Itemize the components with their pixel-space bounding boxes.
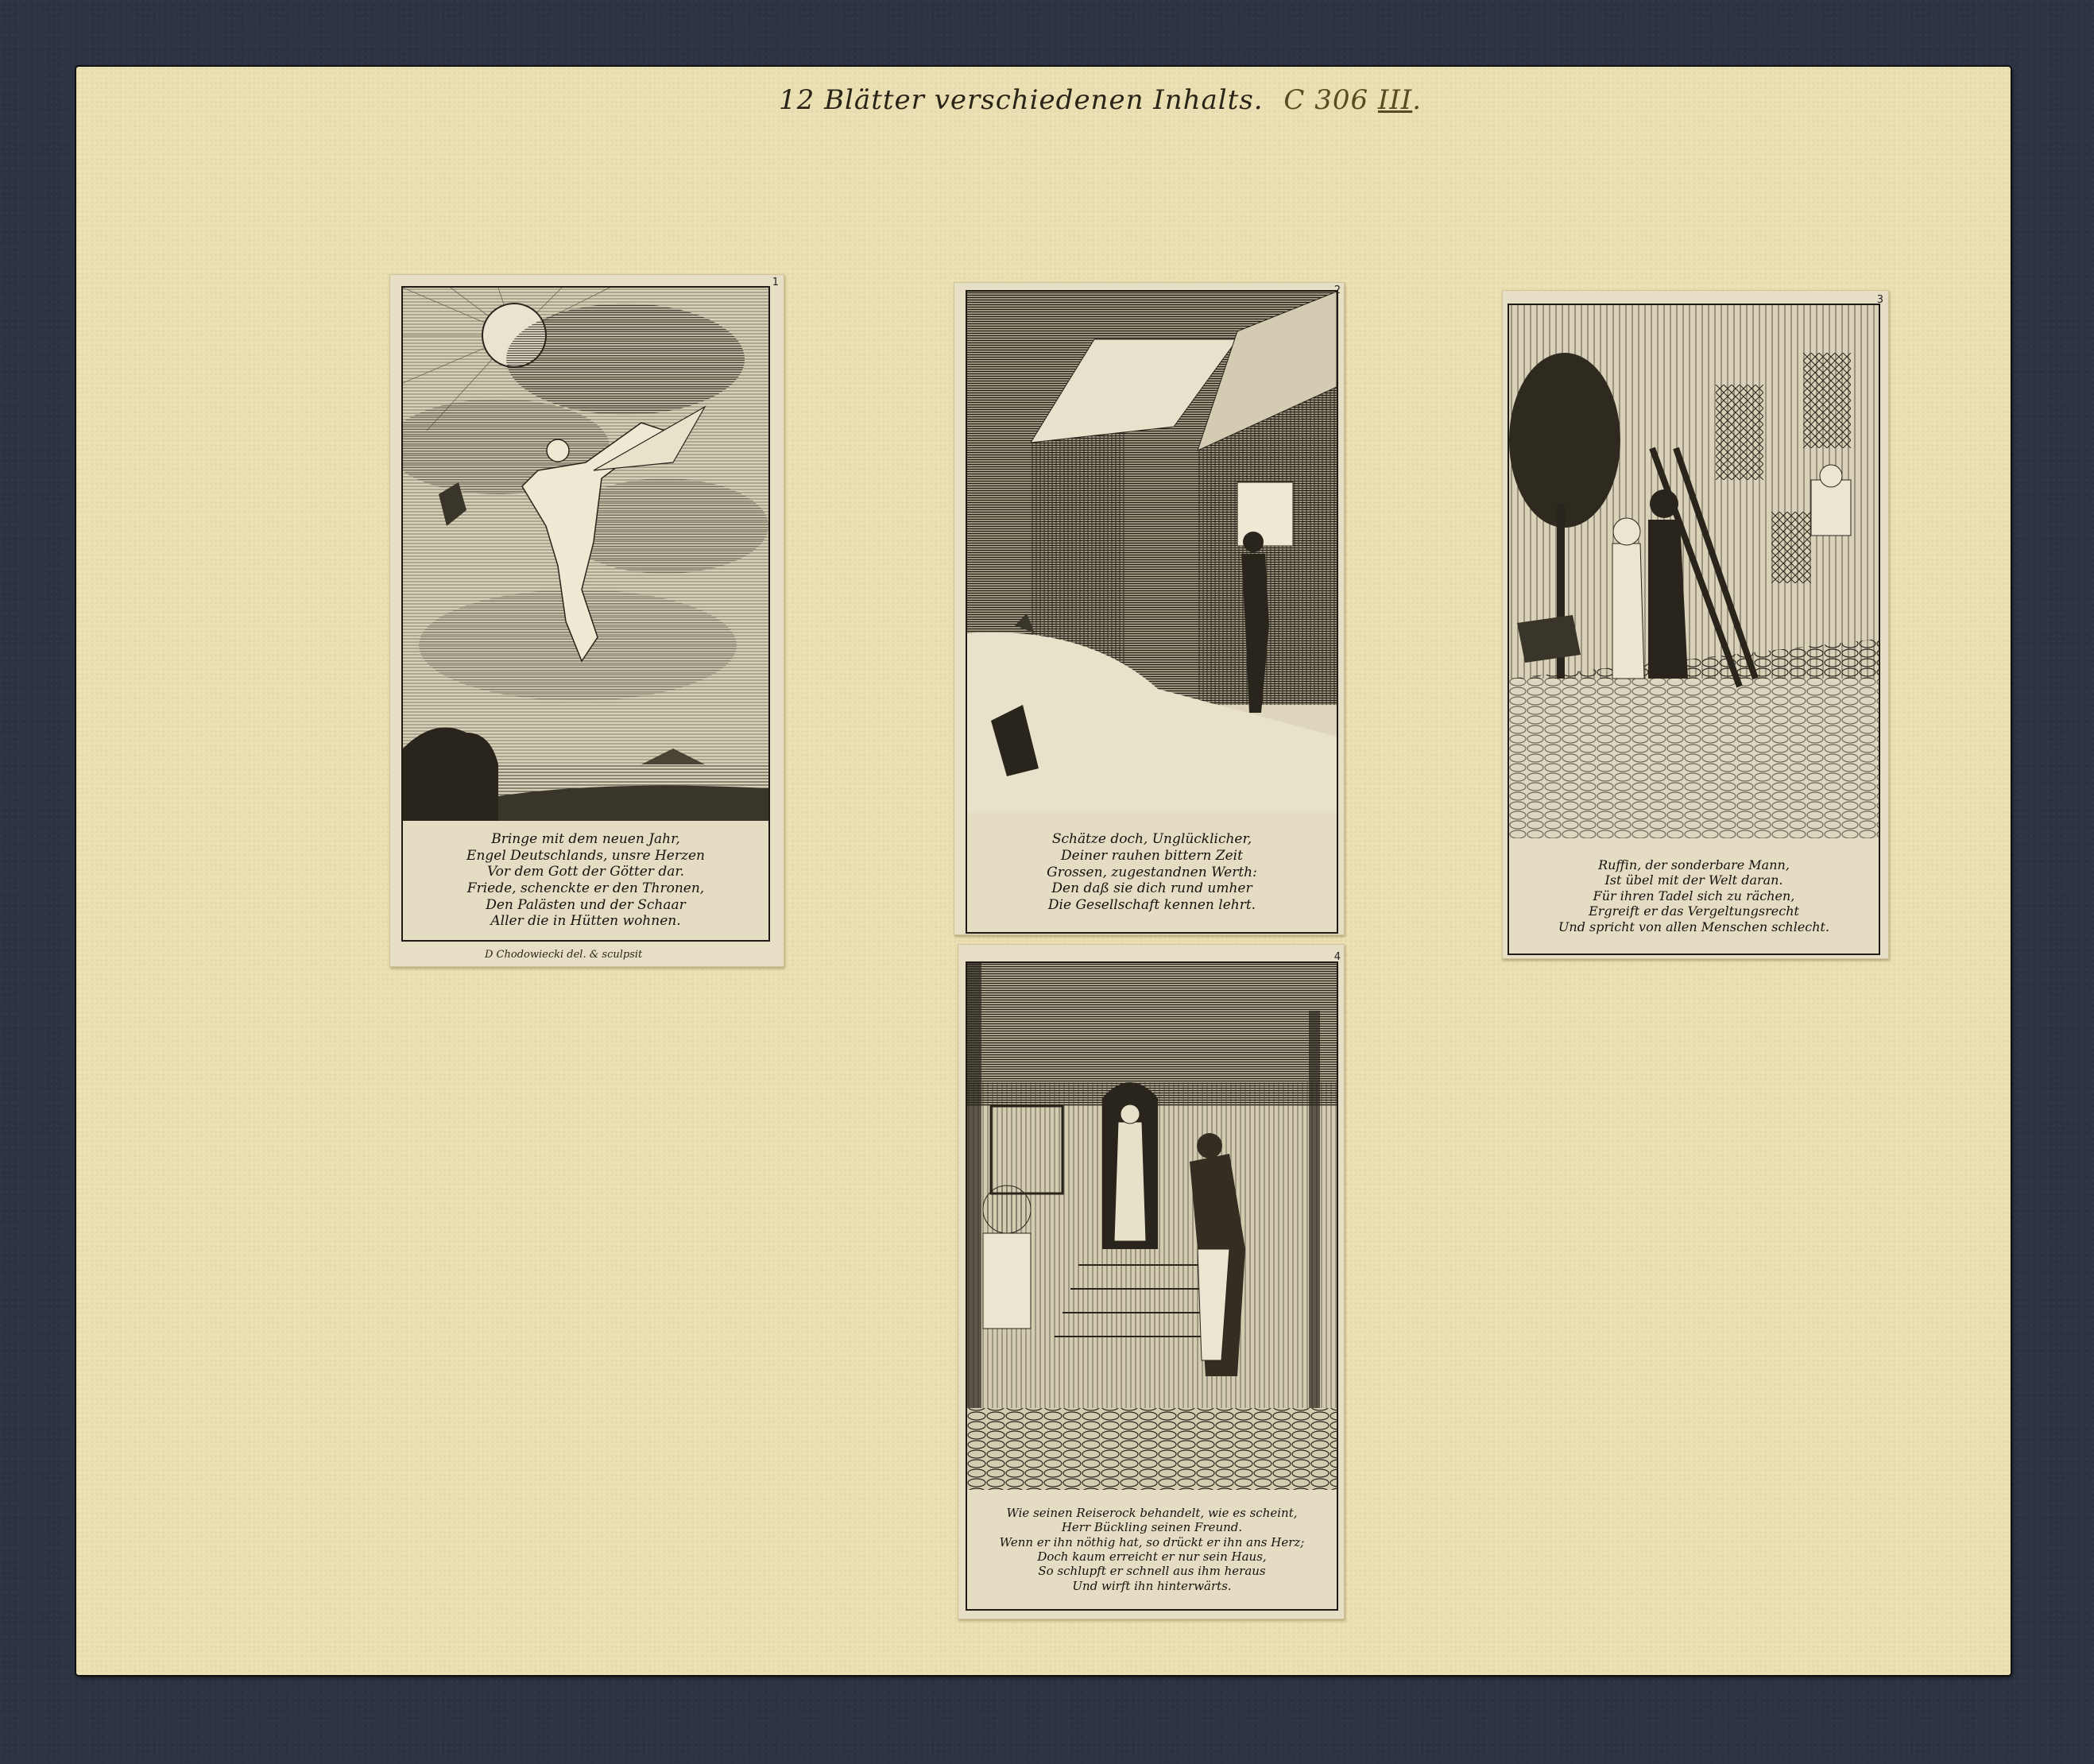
inscription-text: 12 Blätter verschiedenen Inhalts. (779, 84, 1264, 116)
plate-4-engraving (966, 961, 1338, 1493)
plate-number: 1 (772, 277, 779, 288)
plate-4-caption: Wie seinen Reiserock behandelt, wie es s… (966, 1490, 1338, 1611)
caption-line: Vor dem Gott der Götter dar. (487, 864, 684, 880)
plate-3-caption: Ruffin, der sonderbare Mann, Ist übel mi… (1508, 838, 1880, 955)
caption-line: Wie seinen Reiserock behandelt, wie es s… (1006, 1506, 1297, 1520)
doorway-scene-engraving-icon (967, 963, 1337, 1491)
caption-line: Engel Deutschlands, unsre Herzen (466, 848, 705, 865)
caption-line: Ergreift er das Vergeltungsrecht (1589, 903, 1799, 919)
reference-suffix: III (1378, 84, 1412, 116)
plate-2-engraving (966, 290, 1338, 816)
caption-line: Wenn er ihn nöthig hat, so drückt er ihn… (1000, 1535, 1305, 1549)
cottage-scene-engraving-icon (967, 292, 1337, 814)
plate-3-engraving (1508, 304, 1880, 841)
caption-line: Die Gesellschaft kennen lehrt. (1048, 897, 1256, 914)
caption-line: Aller die in Hütten wohnen. (490, 913, 680, 930)
caption-line: Und wirft ihn hinterwärts. (1072, 1579, 1231, 1593)
caption-line: So schlupft er schnell aus ihm heraus (1038, 1564, 1265, 1578)
plate-2-caption: Schätze doch, Unglücklicher, Deiner rauh… (966, 813, 1338, 934)
caption-line: Doch kaum erreicht er nur sein Haus, (1037, 1549, 1266, 1564)
caption-line: Schätze doch, Unglücklicher, (1052, 831, 1252, 848)
angel-sky-engraving-icon (403, 288, 768, 822)
caption-line: Den Palästen und der Schaar (486, 897, 686, 914)
inscription-reference: C 306 III. (1283, 84, 1422, 116)
plate-1-caption: Bringe mit dem neuen Jahr, Engel Deutsch… (401, 821, 770, 942)
reference-number: C 306 (1283, 84, 1368, 116)
caption-line: Deiner rauhen bittern Zeit (1061, 848, 1243, 865)
caption-line: Grossen, zugestandnen Werth: (1047, 865, 1257, 881)
caption-line: Friede, schenckte er den Thronen, (467, 880, 704, 897)
artist-signature: D Chodowiecki del. & sculpsit (485, 949, 642, 961)
plate-1-engraving (401, 286, 770, 824)
caption-line: Und spricht von allen Menschen schlecht. (1558, 919, 1829, 935)
handwritten-inscription: 12 Blätter verschiedenen Inhalts. C 306 … (779, 84, 1422, 116)
caption-line: Den daß sie dich rund umher (1051, 880, 1252, 897)
street-scene-engraving-icon (1509, 305, 1879, 840)
caption-line: Ruffin, der sonderbare Mann, (1598, 857, 1790, 873)
caption-line: Für ihren Tadel sich zu rächen, (1593, 888, 1795, 904)
caption-line: Ist übel mit der Welt daran. (1604, 872, 1782, 888)
caption-line: Herr Bückling seinen Freund. (1062, 1520, 1242, 1534)
caption-line: Bringe mit dem neuen Jahr, (491, 831, 680, 848)
